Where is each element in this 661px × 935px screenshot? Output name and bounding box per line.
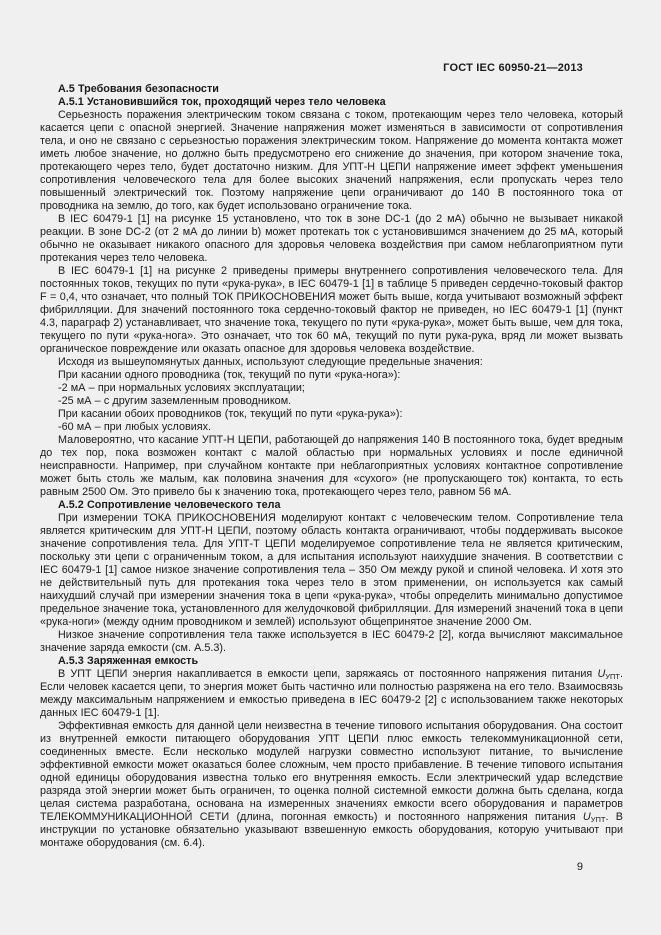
paragraph-text: В УПТ ЦЕПИ энергия накапливается в емкос… (58, 668, 597, 680)
paragraph: Низкое значение сопротивления тела также… (40, 629, 623, 655)
list-line: -2 мА – при нормальных условиях эксплуат… (40, 382, 623, 395)
paragraph: Серьезность поражения электрическим токо… (40, 109, 623, 213)
running-header: ГОСТ IEC 60950-21—2013 (443, 62, 583, 74)
section-heading-a53: А.5.3 Заряженная емкость (40, 655, 623, 668)
paragraph: Маловероятно, что касание УПТ-Н ЦЕПИ, ра… (40, 434, 623, 499)
paragraph-charged-capacity-1: В УПТ ЦЕПИ энергия накапливается в емкос… (40, 668, 623, 720)
paragraph: При измерении ТОКА ПРИКОСНОВЕНИЯ моделир… (40, 512, 623, 629)
voltage-symbol: U (583, 811, 591, 823)
list-line: При касании обоих проводников (ток, теку… (40, 408, 623, 421)
paragraph: Исходя из вышеупомянутых данных, использ… (40, 356, 623, 369)
section-heading-a51: А.5.1 Установившийся ток, проходящий чер… (40, 96, 623, 109)
voltage-subscript: УПТ (605, 672, 620, 681)
voltage-subscript: УПТ (591, 815, 606, 824)
list-line: При касании одного проводника (ток, теку… (40, 369, 623, 382)
list-line: -60 мА – при любых условиях. (40, 421, 623, 434)
paragraph-text: Эффективная емкость для данной цели неиз… (40, 720, 623, 823)
page-number: 9 (577, 861, 583, 873)
list-line: -25 мА – с другим заземленным проводнико… (40, 395, 623, 408)
paragraph-charged-capacity-2: Эффективная емкость для данной цели неиз… (40, 720, 623, 850)
section-heading-a5: А.5 Требования безопасности (40, 83, 623, 96)
paragraph: В IEC 60479-1 [1] на рисунке 15 установл… (40, 213, 623, 265)
document-page: ГОСТ IEC 60950-21—2013 А.5 Требования бе… (0, 0, 661, 935)
document-body: А.5 Требования безопасности А.5.1 Устано… (40, 83, 623, 850)
paragraph: В IEC 60479-1 [1] на рисунке 2 приведены… (40, 265, 623, 356)
section-heading-a52: А.5.2 Сопротивление человеческого тела (40, 499, 623, 512)
